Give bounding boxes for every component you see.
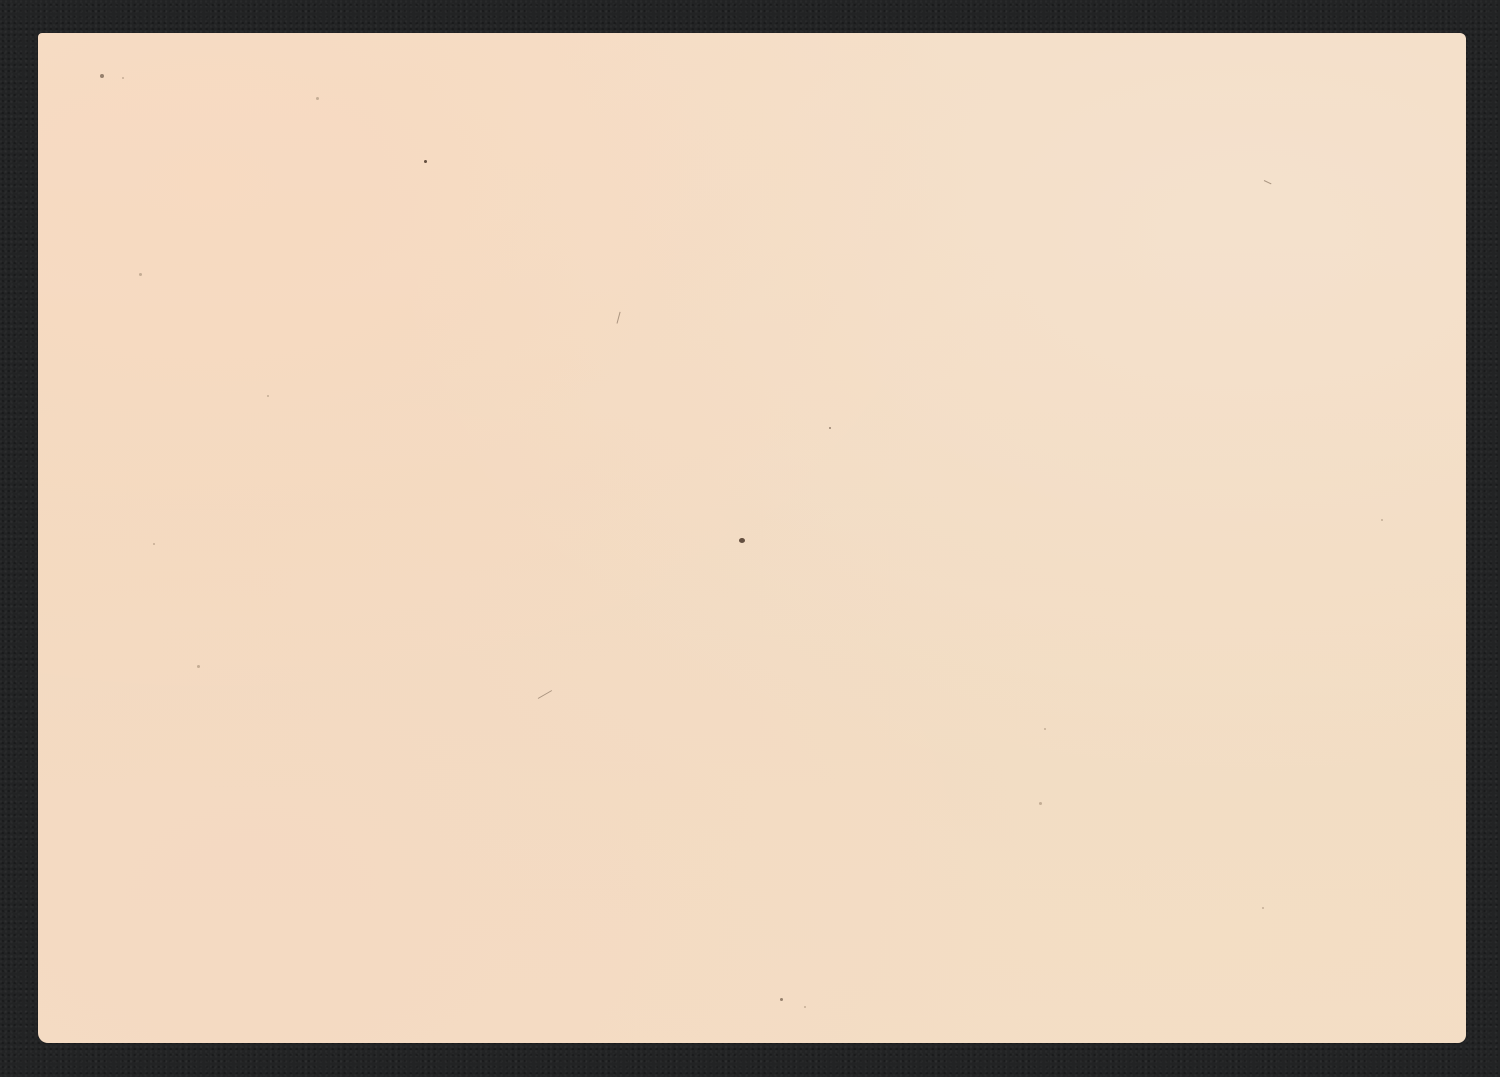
foxing-spot [139, 273, 142, 276]
paper-fiber [538, 690, 552, 699]
foxing-spot [316, 97, 319, 100]
foxing-spot [1381, 519, 1383, 521]
foxing-spot [197, 665, 200, 668]
paper-fiber [617, 312, 621, 324]
foxing-spot [100, 74, 104, 78]
foxing-spot [1039, 802, 1042, 805]
foxing-spot [1044, 728, 1046, 730]
foxing-spot [739, 538, 745, 543]
foxing-spot [122, 77, 124, 79]
paper-fiber [1264, 180, 1272, 184]
foxing-spot [424, 160, 427, 163]
foxing-spot [829, 427, 831, 429]
foxing-spot [153, 543, 155, 545]
foxing-spot [780, 998, 783, 1001]
foxing-spot [804, 1006, 806, 1008]
blank-paper-card [38, 33, 1466, 1043]
foxing-spot [1262, 907, 1264, 909]
foxing-spot [267, 395, 269, 397]
